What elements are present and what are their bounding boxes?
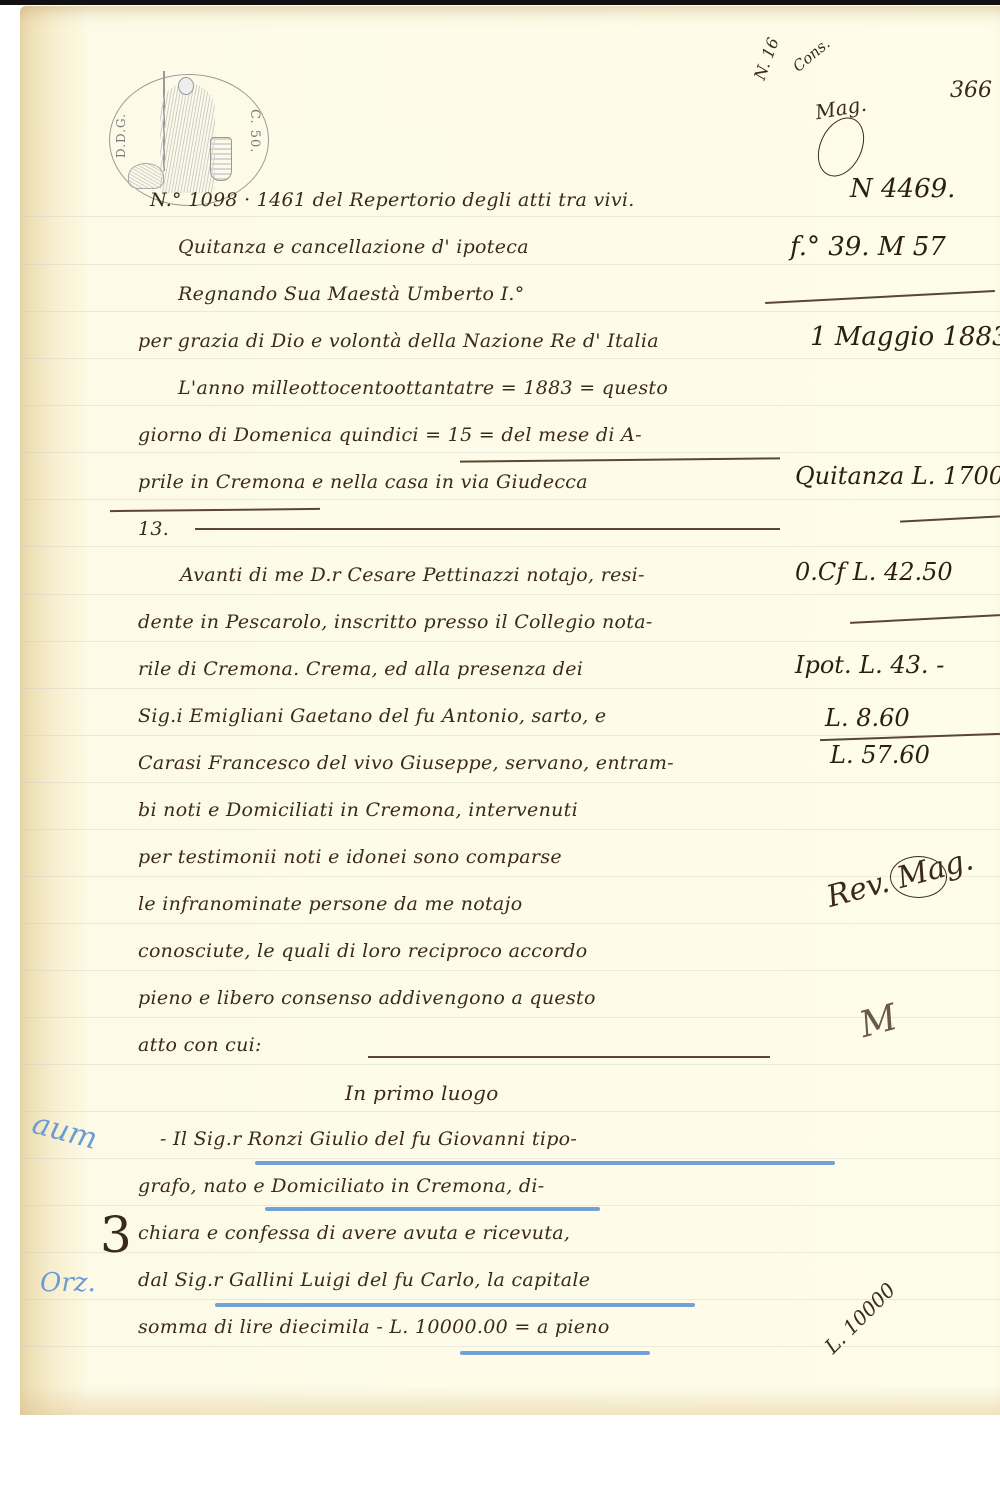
ruled-line [20, 688, 1000, 689]
body-line: somma di lire diecimila - L. 10000.00 = … [138, 1316, 610, 1338]
margin-ink-number: 3 [100, 1206, 132, 1264]
body-line: atto con cui: [138, 1034, 262, 1056]
ruled-line [20, 546, 1000, 547]
ruled-line [20, 641, 1000, 642]
body-line: Regnando Sua Maestà Umberto I.° [178, 283, 525, 305]
ink-line-fill [195, 528, 780, 530]
blue-pencil-underline [215, 1303, 695, 1307]
revenue-stamp: D.D.G. C. 50. [109, 74, 269, 206]
body-line: grafo, nato e Domiciliato in Cremona, di… [138, 1175, 544, 1197]
body-line: 13. [138, 518, 169, 540]
ruled-line [20, 829, 1000, 830]
sub-amount: L. 8.60 [825, 704, 910, 732]
ruled-line [20, 1111, 1000, 1112]
body-line: conosciute, le quali di loro reciproco a… [138, 940, 587, 962]
body-line: Carasi Francesco del vivo Giuseppe, serv… [138, 752, 674, 774]
ruled-line [20, 594, 1000, 595]
stamp-lion-icon [128, 163, 164, 189]
body-line: per grazia di Dio e volontà della Nazion… [138, 330, 659, 352]
body-line: Sig.i Emigliani Gaetano del fu Antonio, … [138, 705, 606, 727]
ruled-line [20, 311, 1000, 312]
ruled-line [20, 1064, 1000, 1065]
body-line: L'anno milleottocentoottantatre = 1883 =… [178, 377, 668, 399]
document-page: D.D.G. C. 50. 366 N. 16 Cons. Mag. N.° 1… [20, 6, 1000, 1415]
ruled-line [20, 735, 1000, 736]
ruled-line [20, 923, 1000, 924]
body-line: giorno di Domenica quindici = 15 = del m… [138, 424, 642, 446]
stamp-shield-icon [210, 137, 232, 181]
ruled-line [20, 1158, 1000, 1159]
body-line: chiara e confessa di avere avuta e ricev… [138, 1222, 570, 1244]
blue-pencil-underline [265, 1207, 600, 1211]
body-line: pieno e libero consenso addivengono a qu… [138, 987, 596, 1009]
ruled-line [20, 1346, 1000, 1347]
ruled-line [20, 216, 1000, 217]
ruled-line [20, 782, 1000, 783]
ruled-line [20, 264, 1000, 265]
blue-margin-note: aum [29, 1106, 101, 1157]
quitanza-amount: Quitanza L. 17000. [795, 462, 1000, 490]
margin-flourish-line [765, 290, 995, 304]
ruled-line [20, 452, 1000, 453]
registration-date: 1 Maggio 1883 [810, 322, 1000, 352]
stamp-italia-figure-icon [160, 83, 215, 193]
body-line: prile in Cremona e nella casa in via Giu… [138, 471, 588, 493]
header-annotation-cons: Cons. [789, 34, 833, 75]
ruled-line [20, 970, 1000, 971]
section-heading: In primo luogo [345, 1081, 499, 1105]
ink-underline [460, 457, 780, 462]
ruled-line [20, 405, 1000, 406]
total-amount: L. 57.60 [830, 741, 930, 769]
scan-top-border [0, 0, 1000, 5]
blue-margin-note: Orz. [40, 1268, 96, 1298]
ruled-line [20, 1299, 1000, 1300]
body-line: dal Sig.r Gallini Luigi del fu Carlo, la… [138, 1269, 590, 1291]
margin-flourish-line [900, 515, 1000, 522]
ruled-line [20, 1205, 1000, 1206]
blue-pencil-underline [255, 1161, 835, 1165]
folio-reference: f.° 39. M 57 [790, 232, 946, 262]
tax-amount: 0.Cf L. 42.50 [795, 558, 953, 586]
stamp-left-text: D.D.G. [114, 113, 128, 158]
body-line: bi noti e Domiciliati in Cremona, interv… [138, 799, 578, 821]
body-line: per testimonii noti e idonei sono compar… [138, 846, 562, 868]
stamp-figure-head-icon [178, 77, 194, 95]
ruled-line [20, 1017, 1000, 1018]
ruled-line [20, 1252, 1000, 1253]
stamp-value: C. 50. [247, 109, 262, 153]
ruled-line [20, 499, 1000, 500]
document-title: Quitanza e cancellazione d' ipoteca [178, 236, 529, 258]
body-line: rile di Cremona. Crema, ed alla presenza… [138, 658, 583, 680]
ruled-line [20, 358, 1000, 359]
margin-flourish-line [850, 614, 1000, 623]
body-line: - Il Sig.r Ronzi Giulio del fu Giovanni … [160, 1128, 577, 1150]
body-line: Avanti di me D.r Cesare Pettinazzi notaj… [180, 564, 645, 586]
ink-line-fill [368, 1056, 770, 1058]
signature-flourish [890, 856, 947, 898]
repertorio-heading: N.° 1098 · 1461 del Repertorio degli att… [150, 189, 635, 211]
registration-number: N 4469. [850, 174, 955, 204]
page-number: 366 [950, 78, 992, 103]
body-line: le infranominate persone da me notajo [138, 893, 522, 915]
body-line: dente in Pescarolo, inscritto presso il … [138, 611, 653, 633]
blue-pencil-underline [460, 1351, 650, 1355]
ink-underline [110, 508, 320, 512]
header-annotation-number: N. 16 [750, 35, 783, 82]
margin-initials: M [855, 997, 901, 1046]
ipot-amount: Ipot. L. 43. - [795, 651, 944, 679]
